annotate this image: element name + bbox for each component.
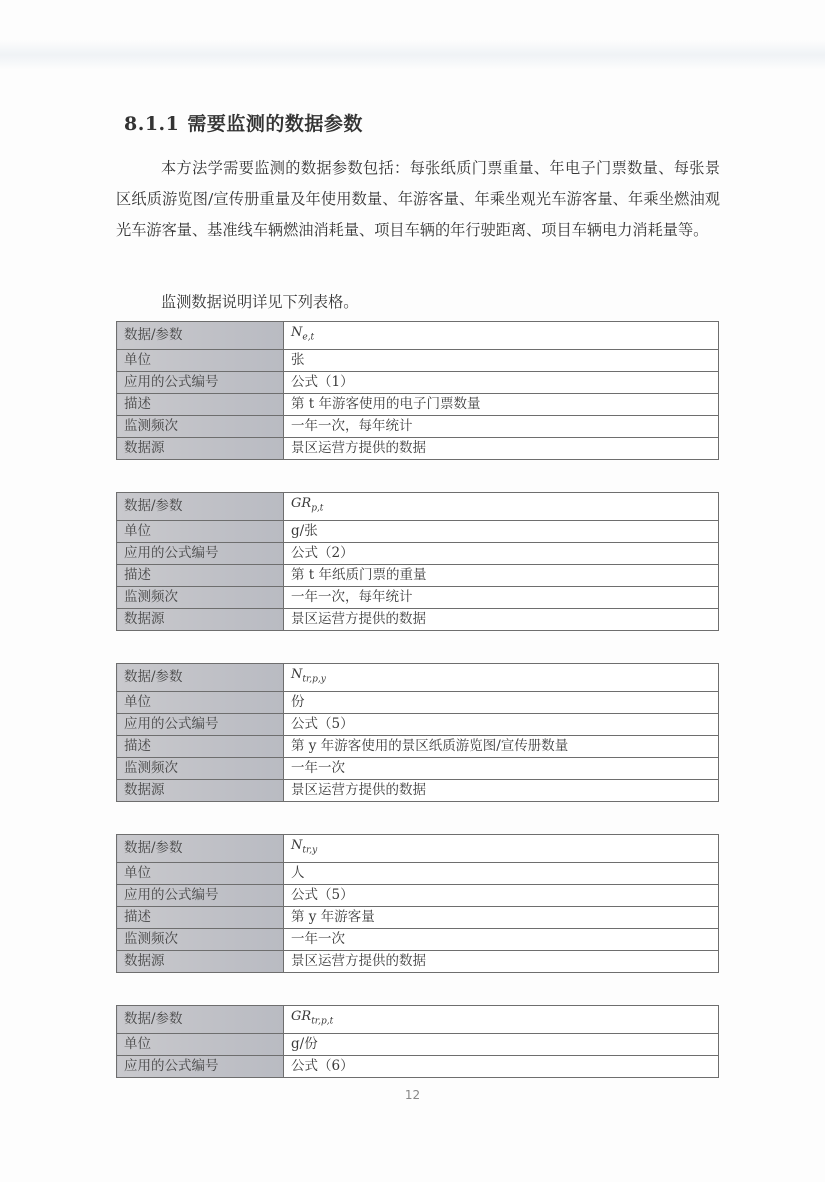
row-label: 监测频次	[117, 586, 284, 608]
scan-artifact-band	[0, 40, 825, 70]
source-value: 景区运营方提供的数据	[284, 437, 719, 459]
symbol-main: N	[291, 838, 302, 853]
table-row: 描述 第 t 年游客使用的电子门票数量	[117, 393, 719, 415]
table-row: 应用的公式编号 公式（1）	[117, 371, 719, 393]
row-label: 描述	[117, 906, 284, 928]
table-row: 应用的公式编号 公式（5）	[117, 713, 719, 735]
symbol-main: N	[291, 667, 302, 682]
row-label: 数据/参数	[117, 664, 284, 692]
formula-value: 公式（5）	[284, 884, 719, 906]
page-number: 12	[0, 1088, 825, 1102]
symbol-subscript: tr,p,t	[311, 1017, 333, 1027]
table-row: 数据/参数 Ne,t	[117, 322, 719, 350]
table-row: 单位 g/份	[117, 1033, 719, 1055]
row-label: 单位	[117, 520, 284, 542]
symbol-main: GR	[291, 1009, 311, 1024]
parameter-symbol: Ne,t	[284, 322, 719, 350]
row-label: 数据/参数	[117, 322, 284, 350]
parameter-symbol: Ntr,p,y	[284, 664, 719, 692]
table-row: 数据源 景区运营方提供的数据	[117, 608, 719, 630]
table-row: 描述 第 y 年游客使用的景区纸质游览图/宣传册数量	[117, 735, 719, 757]
unit-value: 人	[284, 862, 719, 884]
table-intro-paragraph: 监测数据说明详见下列表格。	[161, 287, 765, 318]
frequency-value: 一年一次	[284, 928, 719, 950]
row-label: 应用的公式编号	[117, 1055, 284, 1077]
parameter-symbol: GRp,t	[284, 493, 719, 521]
parameter-table-4: 数据/参数 Ntr,y 单位 人 应用的公式编号 公式（5） 描述 第 y 年游…	[116, 834, 719, 973]
row-label: 数据源	[117, 779, 284, 801]
table-row: 监测频次 一年一次，每年统计	[117, 586, 719, 608]
frequency-value: 一年一次，每年统计	[284, 415, 719, 437]
parameter-table-5: 数据/参数 GRtr,p,t 单位 g/份 应用的公式编号 公式（6）	[116, 1005, 719, 1078]
row-label: 数据源	[117, 437, 284, 459]
parameter-symbol: Ntr,y	[284, 835, 719, 863]
formula-value: 公式（6）	[284, 1055, 719, 1077]
table-row: 数据/参数 GRtr,p,t	[117, 1006, 719, 1034]
row-label: 描述	[117, 393, 284, 415]
row-label: 数据/参数	[117, 493, 284, 521]
formula-value: 公式（1）	[284, 371, 719, 393]
row-label: 数据源	[117, 608, 284, 630]
table-row: 单位 张	[117, 349, 719, 371]
row-label: 监测频次	[117, 415, 284, 437]
table-row: 描述 第 t 年纸质门票的重量	[117, 564, 719, 586]
table-row: 应用的公式编号 公式（6）	[117, 1055, 719, 1077]
parameter-symbol: GRtr,p,t	[284, 1006, 719, 1034]
description-value: 第 y 年游客使用的景区纸质游览图/宣传册数量	[284, 735, 719, 757]
row-label: 应用的公式编号	[117, 713, 284, 735]
row-label: 单位	[117, 349, 284, 371]
section-title: 需要监测的数据参数	[187, 113, 363, 135]
formula-value: 公式（2）	[284, 542, 719, 564]
source-value: 景区运营方提供的数据	[284, 608, 719, 630]
table-row: 数据源 景区运营方提供的数据	[117, 437, 719, 459]
description-value: 第 t 年游客使用的电子门票数量	[284, 393, 719, 415]
symbol-subscript: tr,p,y	[302, 675, 326, 685]
unit-value: g/份	[284, 1033, 719, 1055]
row-label: 数据/参数	[117, 835, 284, 863]
source-value: 景区运营方提供的数据	[284, 779, 719, 801]
symbol-main: GR	[291, 496, 311, 511]
symbol-main: N	[291, 325, 302, 340]
frequency-value: 一年一次，每年统计	[284, 586, 719, 608]
table-row: 监测频次 一年一次	[117, 928, 719, 950]
unit-value: g/张	[284, 520, 719, 542]
table-row: 单位 人	[117, 862, 719, 884]
row-label: 数据源	[117, 950, 284, 972]
table-row: 数据源 景区运营方提供的数据	[117, 779, 719, 801]
table-row: 单位 g/张	[117, 520, 719, 542]
table-row: 数据/参数 Ntr,y	[117, 835, 719, 863]
description-value: 第 t 年纸质门票的重量	[284, 564, 719, 586]
row-label: 监测频次	[117, 757, 284, 779]
row-label: 单位	[117, 691, 284, 713]
row-label: 监测频次	[117, 928, 284, 950]
unit-value: 张	[284, 349, 719, 371]
symbol-subscript: p,t	[311, 504, 323, 514]
table-row: 数据/参数 GRp,t	[117, 493, 719, 521]
parameter-table-3: 数据/参数 Ntr,p,y 单位 份 应用的公式编号 公式（5） 描述 第 y …	[116, 663, 719, 802]
row-label: 单位	[117, 862, 284, 884]
frequency-value: 一年一次	[284, 757, 719, 779]
row-label: 应用的公式编号	[117, 884, 284, 906]
row-label: 单位	[117, 1033, 284, 1055]
row-label: 描述	[117, 735, 284, 757]
table-row: 单位 份	[117, 691, 719, 713]
row-label: 描述	[117, 564, 284, 586]
intro-paragraph: 本方法学需要监测的数据参数包括：每张纸质门票重量、年电子门票数量、每张景区纸质游…	[116, 153, 720, 246]
row-label: 应用的公式编号	[117, 542, 284, 564]
parameter-table-1: 数据/参数 Ne,t 单位 张 应用的公式编号 公式（1） 描述 第 t 年游客…	[116, 321, 719, 460]
table-row: 应用的公式编号 公式（5）	[117, 884, 719, 906]
table-row: 监测频次 一年一次，每年统计	[117, 415, 719, 437]
row-label: 应用的公式编号	[117, 371, 284, 393]
section-number: 8.1.1	[124, 113, 179, 135]
unit-value: 份	[284, 691, 719, 713]
table-row: 应用的公式编号 公式（2）	[117, 542, 719, 564]
section-heading: 8.1.1需要监测的数据参数	[124, 109, 363, 136]
table-row: 数据/参数 Ntr,p,y	[117, 664, 719, 692]
parameter-table-2: 数据/参数 GRp,t 单位 g/张 应用的公式编号 公式（2） 描述 第 t …	[116, 492, 719, 631]
row-label: 数据/参数	[117, 1006, 284, 1034]
symbol-subscript: e,t	[302, 333, 314, 343]
symbol-subscript: tr,y	[302, 846, 317, 856]
source-value: 景区运营方提供的数据	[284, 950, 719, 972]
table-row: 描述 第 y 年游客量	[117, 906, 719, 928]
formula-value: 公式（5）	[284, 713, 719, 735]
description-value: 第 y 年游客量	[284, 906, 719, 928]
table-row: 数据源 景区运营方提供的数据	[117, 950, 719, 972]
table-row: 监测频次 一年一次	[117, 757, 719, 779]
